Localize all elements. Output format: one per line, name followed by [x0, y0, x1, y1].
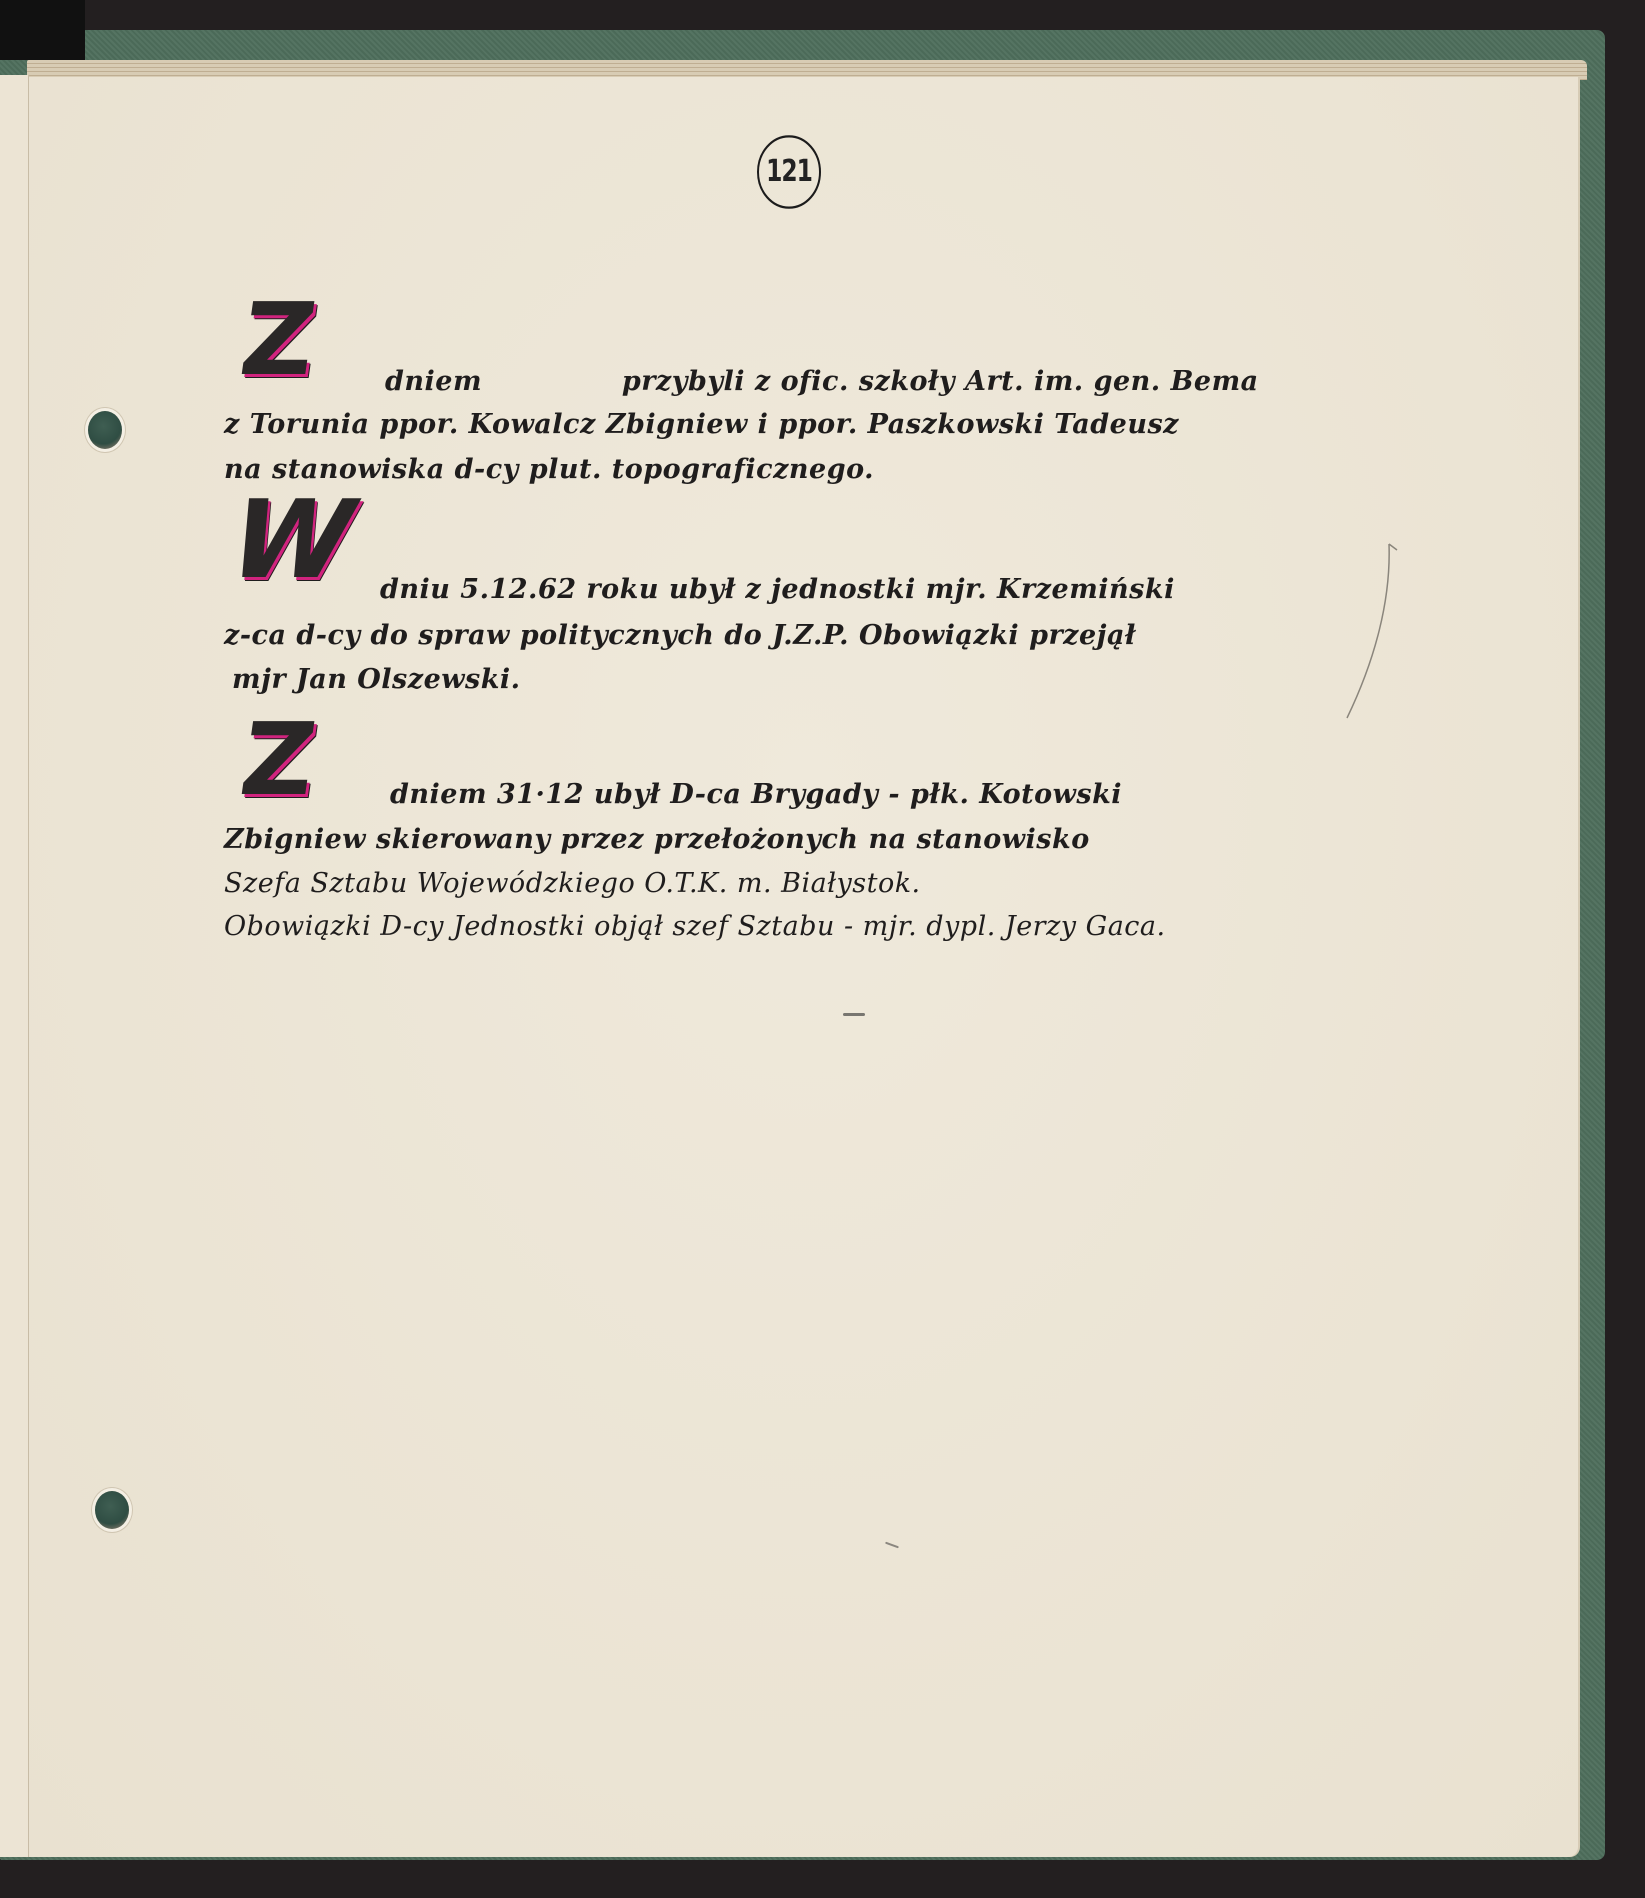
- left-page-edge: [0, 75, 29, 1857]
- punch-hole-icon: [88, 411, 122, 449]
- ink-speck: [843, 1013, 865, 1016]
- entry-line: dniem przybyli z ofic. szkoły Art. im. g…: [385, 362, 1355, 402]
- entry-text: dniem: [385, 366, 482, 397]
- entry-line: Zbigniew skierowany przez przełożonych n…: [224, 820, 1090, 860]
- decorated-initial: Z: [235, 710, 322, 810]
- entry-line: mjr Jan Olszewski.: [232, 660, 521, 700]
- entry-line: Obowiązki D-cy Jednostki objął szef Szta…: [224, 907, 1166, 947]
- page-number: 121: [757, 135, 821, 209]
- entry-line: dniem 31·12 ubył D-ca Brygady - płk. Kot…: [390, 775, 1122, 815]
- entry-line: Szefa Sztabu Wojewódzkiego O.T.K. m. Bia…: [224, 864, 921, 904]
- entry-line: z-ca d-cy do spraw politycznych do J.Z.P…: [224, 616, 1136, 656]
- scanned-book-page: 121 Z dniem przybyli z ofic. szkoły Art.…: [0, 0, 1645, 1898]
- pencil-bracket-mark: [1345, 540, 1425, 720]
- decorated-initial: Z: [235, 290, 322, 390]
- entry-line: dniu 5.12.62 roku ubył z jednostki mjr. …: [380, 570, 1175, 610]
- cover-tear: [0, 0, 85, 60]
- entry-line: z Torunia ppor. Kowalcz Zbigniew i ppor.…: [224, 405, 1179, 445]
- punch-hole-icon: [95, 1491, 129, 1529]
- entry-text: przybyli z ofic. szkoły Art. im. gen. Be…: [622, 366, 1259, 397]
